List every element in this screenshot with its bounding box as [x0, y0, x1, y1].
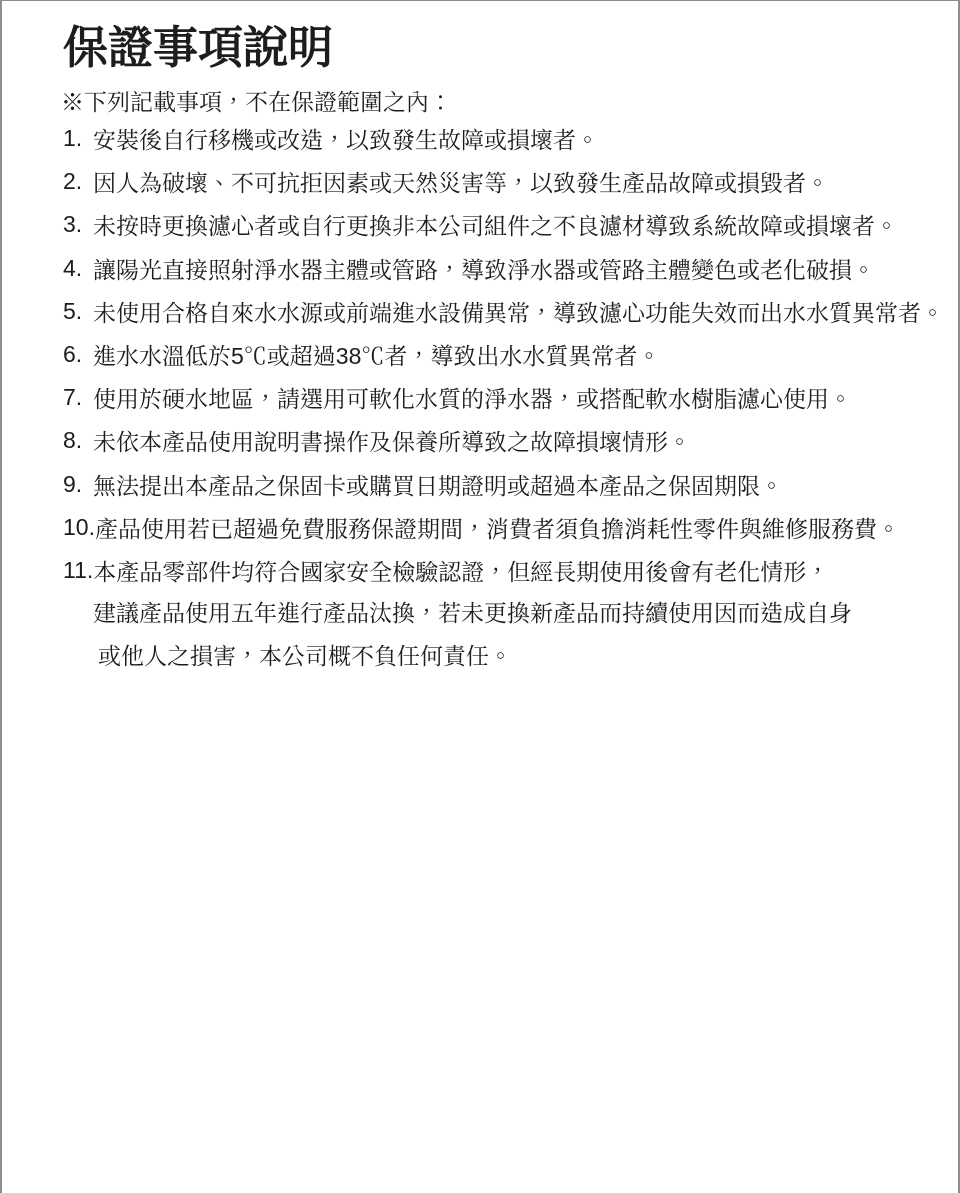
item-text: 使用於硬水地區，請選用可軟化水質的淨水器，或搭配軟水樹脂濾心使用。: [93, 381, 852, 414]
warranty-exclusion-list: 1.安裝後自行移機或改造，以致發生故障或損壞者。2.因人為破壞、不可抗拒因素或天…: [63, 117, 948, 678]
item-number: 4.: [63, 255, 93, 282]
item-number: 9.: [63, 471, 93, 498]
item-text: 安裝後自行移機或改造，以致發生故障或損壞者。: [93, 122, 599, 155]
list-item: 6.進水水溫低於5℃或超過38℃者，導致出水水質異常者。: [63, 333, 948, 376]
list-item-continuation: 或他人之損害，本公司概不負任何責任。: [63, 635, 948, 678]
list-item: 3.未按時更換濾心者或自行更換非本公司組件之不良濾材導致系統故障或損壞者。: [63, 203, 948, 246]
list-item: 11.本產品零部件均符合國家安全檢驗認證，但經長期使用後會有老化情形，: [63, 549, 948, 592]
item-number: 2.: [63, 168, 93, 195]
warranty-note: ※下列記載事項，不在保證範圍之內：: [61, 84, 452, 117]
item-text: 進水水溫低於5℃或超過38℃者，導致出水水質異常者。: [93, 338, 660, 371]
item-number: 6.: [63, 341, 93, 368]
list-item: 8.未依本產品使用說明書操作及保養所導致之故障損壞情形。: [63, 419, 948, 462]
item-text: 產品使用若已超過免費服務保證期間，消費者須負擔消耗性零件與維修服務費。: [95, 511, 900, 544]
item-number: 1.: [63, 125, 93, 152]
list-item: 5.未使用合格自來水水源或前端進水設備異常，導致濾心功能失效而出水水質異常者。: [63, 290, 948, 333]
item-number: 10.: [63, 514, 95, 541]
list-item: 9.無法提出本產品之保固卡或購買日期證明或超過本產品之保固期限。: [63, 463, 948, 506]
list-item: 2.因人為破壞、不可抗拒因素或天然災害等，以致發生產品故障或損毀者。: [63, 160, 948, 203]
item-number: 7.: [63, 384, 93, 411]
page-title: 保證事項說明: [63, 23, 333, 73]
list-item: 1.安裝後自行移機或改造，以致發生故障或損壞者。: [63, 117, 948, 160]
item-text: 因人為破壞、不可抗拒因素或天然災害等，以致發生產品故障或損毀者。: [93, 165, 829, 198]
item-text: 未使用合格自來水水源或前端進水設備異常，導致濾心功能失效而出水水質異常者。: [93, 295, 944, 328]
list-item-continuation: 建議產品使用五年進行產品汰換，若未更換新產品而持續使用因而造成自身: [63, 592, 948, 635]
list-item: 7.使用於硬水地區，請選用可軟化水質的淨水器，或搭配軟水樹脂濾心使用。: [63, 376, 948, 419]
item-text: 無法提出本產品之保固卡或購買日期證明或超過本產品之保固期限。: [93, 468, 783, 501]
item-number: 5.: [63, 298, 93, 325]
item-text: 未按時更換濾心者或自行更換非本公司組件之不良濾材導致系統故障或損壞者。: [93, 208, 898, 241]
item-text: 本產品零部件均符合國家安全檢驗認證，但經長期使用後會有老化情形，: [93, 554, 829, 587]
item-text: 未依本產品使用說明書操作及保養所導致之故障損壞情形。: [93, 424, 691, 457]
item-text: 讓陽光直接照射淨水器主體或管路，導致淨水器或管路主體變色或老化破損。: [93, 252, 875, 285]
list-item: 10.產品使用若已超過免費服務保證期間，消費者須負擔消耗性零件與維修服務費。: [63, 506, 948, 549]
item-number: 8.: [63, 427, 93, 454]
list-item: 4.讓陽光直接照射淨水器主體或管路，導致淨水器或管路主體變色或老化破損。: [63, 247, 948, 290]
item-number: 3.: [63, 211, 93, 238]
page-frame: 保證事項說明 ※下列記載事項，不在保證範圍之內： 1.安裝後自行移機或改造，以致…: [0, 0, 960, 1193]
item-number: 11.: [63, 557, 93, 584]
